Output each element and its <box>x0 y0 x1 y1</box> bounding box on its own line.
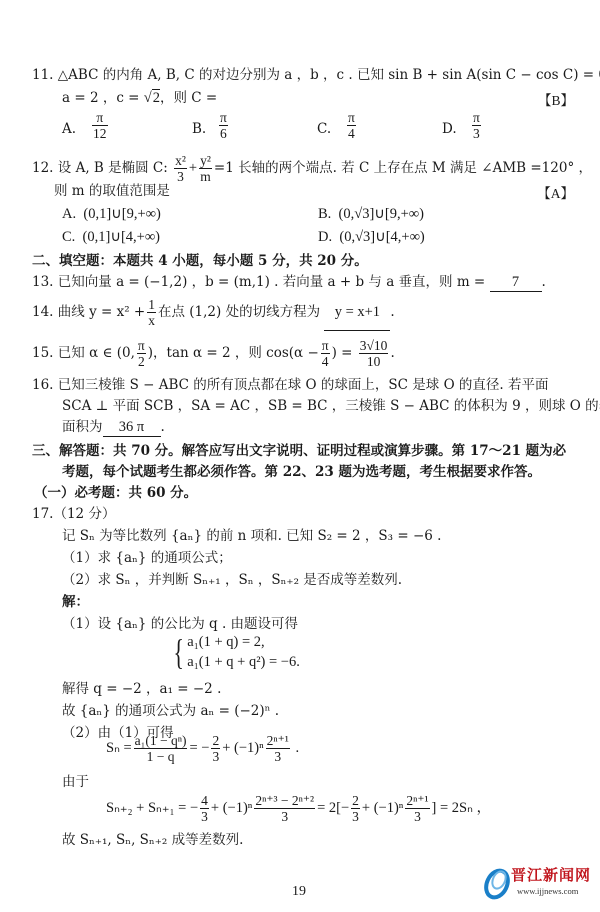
q11-line2: a = 2 ，c = √2，则 C = <box>62 89 217 107</box>
option-c: C. <box>317 120 331 138</box>
q12-option-b: B. (0,√3]∪[9,+∞) <box>318 205 424 223</box>
q12-line1: 12. 设 A, B 是椭圆 C: x²3+y²m=1 长轴的两个端点. 若 C… <box>32 150 592 186</box>
page-number: 19 <box>292 884 306 900</box>
question-number: 11. <box>32 67 53 83</box>
section-2-heading: 二、填空题：本题共 4 小题，每小题 5 分，共 20 分。 <box>32 252 368 270</box>
q17-part2: （2）求 Sₙ ，并判断 Sₙ₊₁ ，Sₙ ，Sₙ₊₂ 是否成等差数列. <box>62 571 402 589</box>
q14: 14. 曲线 y = x² +1x在点 (1,2) 处的切线方程为 y = x+… <box>32 294 395 331</box>
q15: 15. 已知 α ∈ (0,π2)，tan α = 2 ，则 cos(α −π4… <box>32 335 395 371</box>
q12-option-d: D. (0,√3]∪[4,+∞) <box>318 228 425 246</box>
q17-because: 由于 <box>62 773 89 791</box>
q17-header: 17.（12 分） <box>32 505 115 523</box>
logo-swirl-icon <box>483 862 513 902</box>
q11-answer: 【B】 <box>538 89 574 109</box>
section-3-heading-line2: 考题，每个试题考生都必须作答。第 22、23 题为选考题，考生根据要求作答。 <box>62 463 541 481</box>
q12-option-a: A. (0,1]∪[9,+∞) <box>62 205 161 223</box>
q17-eq1: Sₙ =a₁(1 − qⁿ)1 − q= −23+ (−1)ⁿ2ⁿ⁺¹3 . <box>106 726 299 770</box>
q12-option-c: C. (0,1]∪[4,+∞) <box>62 228 160 246</box>
section-3-heading-line1: 三、解答题：共 70 分。解答应写出文字说明、证明过程或演算步骤。第 17～21… <box>32 442 566 460</box>
q12-answer: 【A】 <box>537 182 574 202</box>
option-b: B. <box>192 120 206 138</box>
site-logo: 晋江新闻网 www.ijjnews.com <box>483 862 595 902</box>
q17-conclusion: 故 Sₙ₊₁, Sₙ, Sₙ₊₂ 成等差数列. <box>62 831 243 849</box>
logo-url: www.ijjnews.com <box>517 886 578 896</box>
q17-sol-step1: （1）设 {aₙ} 的公比为 q . 由题设可得 <box>62 615 298 633</box>
q17-eq2: Sₙ₊₂ + Sₙ₊₁ = −43+ (−1)ⁿ2ⁿ⁺³ − 2ⁿ⁺²3= 2[… <box>106 786 491 830</box>
q16-answer: 36 π <box>103 418 161 437</box>
q16-line1: 16. 已知三棱锥 S − ABC 的所有顶点都在球 O 的球面上，SC 是球 … <box>32 376 549 394</box>
option-a: A. <box>62 120 76 138</box>
q13: 13. 已知向量 a = (−1,2) ，b = (m,1) . 若向量 a +… <box>32 273 546 292</box>
logo-text: 晋江新闻网 <box>511 864 591 885</box>
q11-stem: △ABC 的内角 A, B, C 的对边分别为 a ，b ，c . 已知 sin… <box>58 67 600 83</box>
q17-solution-label: 解： <box>62 593 89 611</box>
q11-line1: 11. △ABC 的内角 A, B, C 的对边分别为 a ，b ，c . 已知… <box>32 66 600 84</box>
q17-sol-step3: 故 {aₙ} 的通项公式为 aₙ = (−2)ⁿ . <box>62 702 279 720</box>
q17-stem: 记 Sₙ 为等比数列 {aₙ} 的前 n 项和. 已知 S₂ = 2 ，S₃ =… <box>62 527 441 545</box>
q17-system: {a₁(1 + q) = 2,a₁(1 + q + q²) = −6. <box>170 632 300 672</box>
option-d: D. <box>442 120 457 138</box>
q15-answer: 3√1010 <box>359 338 389 369</box>
q17-sol-step2: 解得 q = −2 ，a₁ = −2 . <box>62 680 221 698</box>
q16-line3: 面积为36 π. <box>62 418 165 437</box>
q17-part1: （1）求 {aₙ} 的通项公式； <box>62 549 232 567</box>
q14-answer: y = x+1 <box>324 294 390 331</box>
section-3-subheading: （一）必考题：共 60 分。 <box>34 484 197 502</box>
q13-answer: 7 <box>490 273 542 292</box>
q12-line2: 则 m 的取值范围是 <box>54 182 170 200</box>
q16-line2: SCA ⊥ 平面 SCB ，SA = AC ，SB = BC ，三棱锥 S − … <box>62 397 600 415</box>
